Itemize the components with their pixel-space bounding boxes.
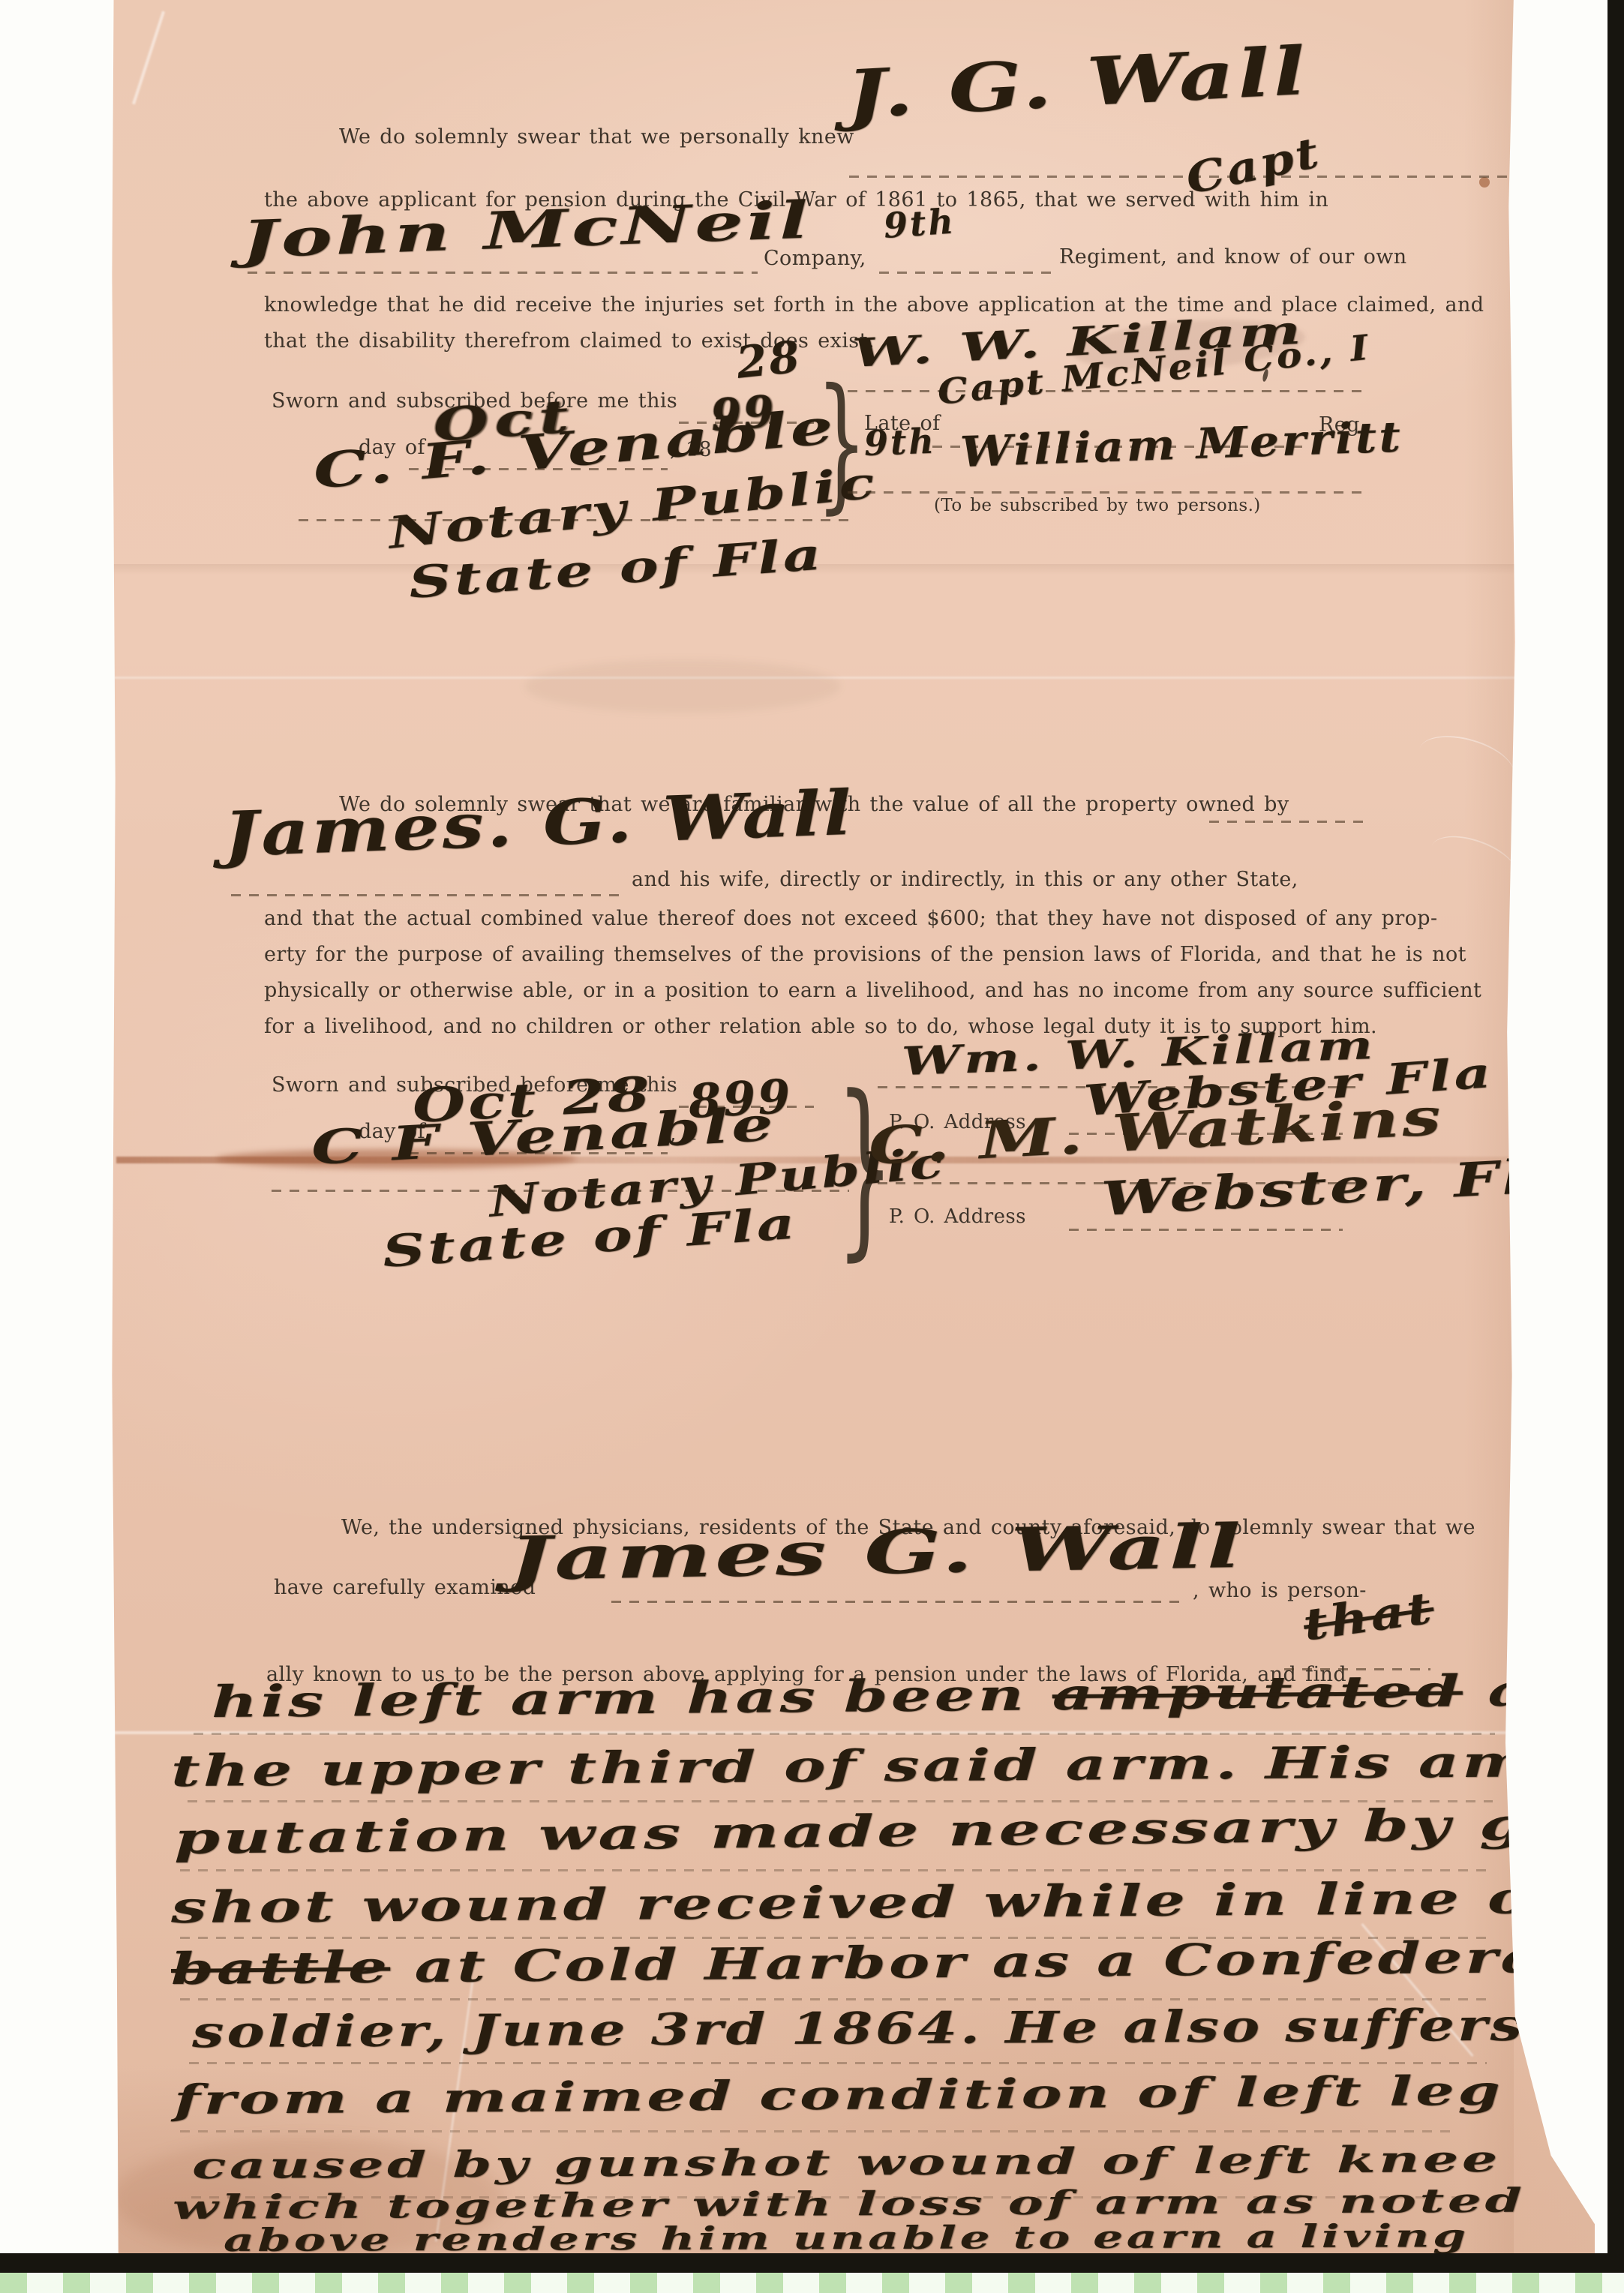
findings-line: caused by gunshot wound of left knee bbox=[192, 2141, 1501, 2184]
blank-line bbox=[611, 1601, 1181, 1603]
findings-text: the upper third of said arm. His am- bbox=[171, 1736, 1561, 1796]
findings-line: shot wound received while in line of bbox=[171, 1876, 1563, 1929]
findings-line: his left arm has been amputated at bbox=[212, 1668, 1565, 1724]
findings-text: shot wound received while in line of bbox=[171, 1872, 1563, 1933]
subscribe-note: (To be subscribed by two persons.) bbox=[934, 497, 1261, 515]
examined-name-entry: James G. Wall bbox=[508, 1516, 1244, 1589]
day-number-entry: 28 bbox=[734, 335, 803, 385]
findings-text: soldier, June 3rd 1864. He also suffers bbox=[192, 2000, 1525, 2057]
findings-line: soldier, June 3rd 1864. He also suffers bbox=[192, 2003, 1525, 2054]
examined-label: have carefully examined bbox=[274, 1577, 536, 1599]
blank-line bbox=[879, 272, 1055, 274]
affidavit2-line5: physically or otherwise able, or in a po… bbox=[264, 980, 1481, 1002]
rust-dot bbox=[1479, 177, 1490, 188]
scan-edge-strip-green bbox=[0, 2273, 1624, 2293]
ruled-line bbox=[194, 1733, 1495, 1735]
findings-line: the upper third of said arm. His am- bbox=[171, 1739, 1561, 1793]
crease-arc bbox=[1424, 826, 1523, 897]
findings-line: from a maimed condition of left leg bbox=[174, 2070, 1504, 2120]
reg-number-entry: 9th bbox=[863, 424, 936, 461]
findings-text: at bbox=[1462, 1664, 1564, 1716]
notary-state-entry: State of Fla bbox=[381, 1201, 799, 1274]
scan-edge-band-bottom bbox=[0, 2253, 1624, 2273]
affidavit2-line4: erty for the purpose of availing themsel… bbox=[264, 944, 1466, 966]
property-owner-signature: James. G. Wall bbox=[223, 782, 855, 866]
witness2-signature: William Merritt bbox=[959, 416, 1403, 473]
ruled-line bbox=[189, 2062, 1487, 2064]
blank-line bbox=[231, 894, 621, 896]
blank-line bbox=[1209, 821, 1363, 823]
blank-line bbox=[248, 272, 758, 274]
findings-line: battle at Cold Harbor as a Confederate bbox=[171, 1934, 1616, 1991]
blank-line bbox=[849, 176, 1509, 178]
blank-line bbox=[848, 491, 1361, 494]
blank-line bbox=[1069, 1229, 1343, 1231]
findings-text: his left arm has been bbox=[212, 1669, 1052, 1727]
paper-sheet: We do solemnly swear that we personally … bbox=[0, 0, 1624, 2293]
findings-text: at Cold Harbor as a Confederate bbox=[390, 1931, 1616, 1992]
affidavit2-line2: and his wife, directly or indirectly, in… bbox=[632, 869, 1298, 891]
findings-text: from a maimed condition of left leg bbox=[174, 2066, 1504, 2123]
findings-struck-text: amputated bbox=[1052, 1665, 1463, 1720]
crease-diagonal bbox=[132, 11, 165, 105]
crease-arc bbox=[1413, 726, 1520, 797]
findings-line: putation was made necessary by gun bbox=[174, 1802, 1624, 1860]
po-address2-entry: Webster, Fla bbox=[1100, 1151, 1573, 1223]
ruled-line bbox=[180, 2130, 1455, 2132]
findings-struck-text: battle bbox=[171, 1941, 391, 1994]
affidavit2-line3: and that the actual combined value there… bbox=[264, 908, 1438, 930]
regiment-label: Regiment, and know of our own bbox=[1059, 246, 1407, 269]
findings-text: putation was made necessary by gun bbox=[174, 1798, 1624, 1864]
fold-crease bbox=[113, 677, 1515, 679]
findings-line: above renders him unable to earn a livin… bbox=[224, 2220, 1469, 2256]
scanned-pension-document: We do solemnly swear that we personally … bbox=[0, 0, 1624, 2293]
affidavit1-line1: We do solemnly swear that we personally … bbox=[339, 126, 854, 149]
findings-text: caused by gunshot wound of left knee bbox=[192, 2138, 1501, 2187]
regiment-number-entry: 9th bbox=[882, 203, 956, 243]
ruled-line bbox=[180, 1869, 1489, 1871]
scan-edge-bar-right bbox=[1607, 0, 1624, 2293]
po-address-label: P. O. Address bbox=[889, 1206, 1026, 1228]
company-label: Company, bbox=[764, 248, 866, 270]
ink-bleed-ghost bbox=[525, 660, 840, 713]
applicant-name-signature: J. G. Wall bbox=[845, 38, 1310, 128]
findings-text: above renders him unable to earn a livin… bbox=[224, 2217, 1469, 2258]
